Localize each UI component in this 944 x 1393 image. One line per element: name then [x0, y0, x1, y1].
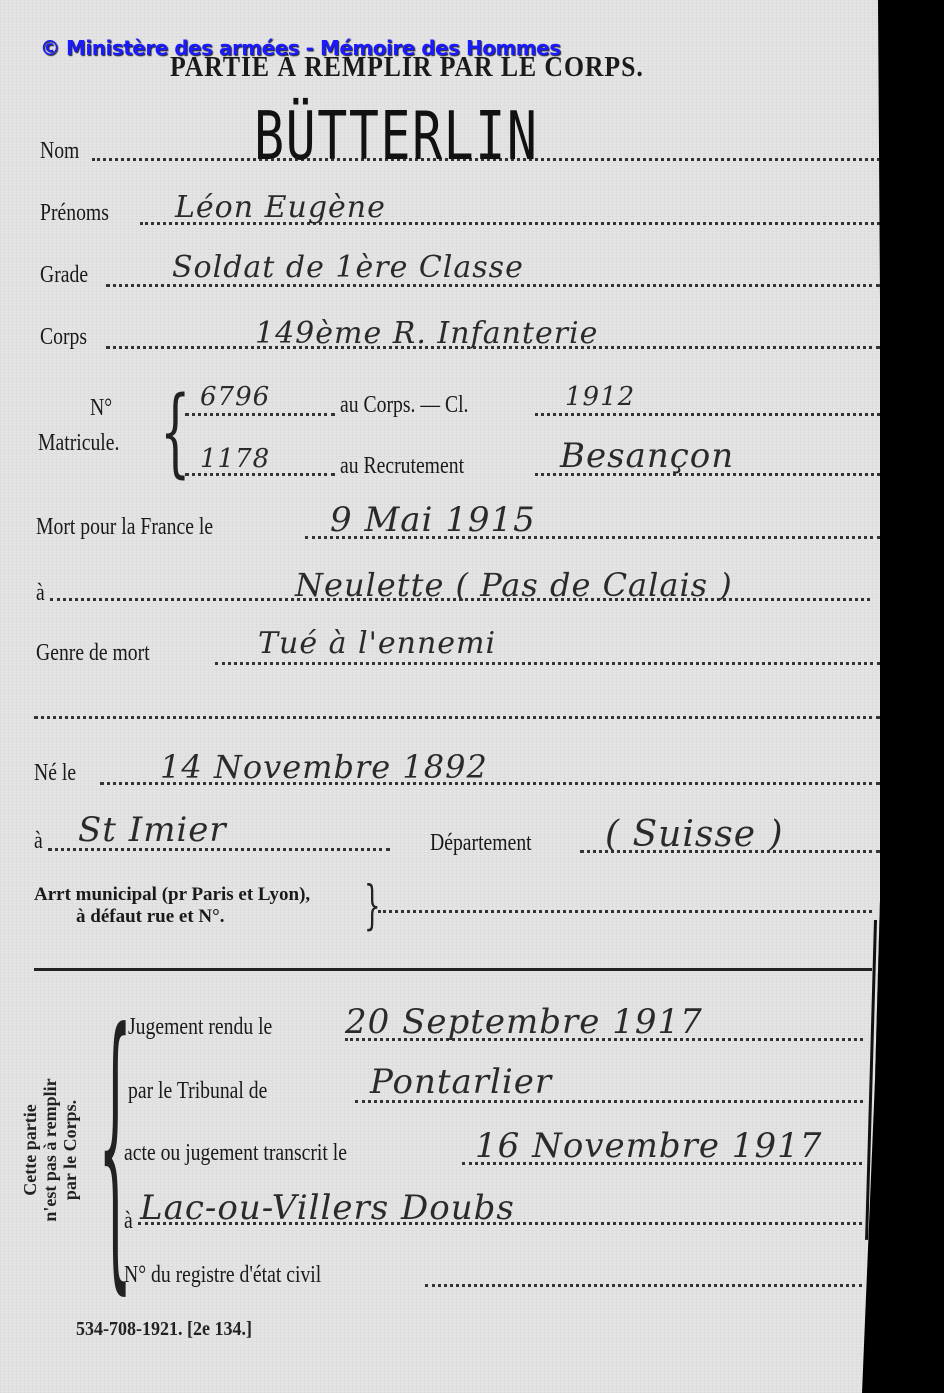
side-note: Cette partie n'est pas à remplir par le …	[20, 1050, 80, 1250]
print-reference-code: 534-708-1921. [2e 134.]	[76, 1318, 252, 1341]
arrondissement-label-line1: Arrt municipal (pr Paris et Lyon),	[34, 884, 310, 906]
mort-a-label: à	[36, 580, 45, 607]
side-note-line1: Cette partie	[20, 1050, 40, 1250]
lieu-label: à	[124, 1208, 133, 1235]
ne-le-value: 14 Novembre 1892	[160, 748, 488, 786]
ne-a-value: St Imier	[78, 810, 227, 850]
matricule-label: Matricule.	[38, 430, 119, 457]
grade-label: Grade	[40, 262, 88, 289]
grade-value: Soldat de 1ère Classe	[172, 250, 524, 285]
corps-value: 149ème R. Infanterie	[255, 316, 598, 351]
arrondissement-label-line2: à défaut rue et N°.	[76, 906, 224, 928]
departement-value: ( Suisse )	[605, 814, 784, 855]
nom-value: BÜTTERLIN	[254, 98, 539, 176]
ne-le-label: Né le	[34, 760, 76, 787]
corps-label: Corps	[40, 324, 87, 351]
transcrit-value: 16 Novembre 1917	[475, 1126, 822, 1166]
genre-mort-label: Genre de mort	[36, 640, 150, 667]
prenoms-label: Prénoms	[40, 200, 109, 227]
side-note-line2: n'est pas à remplir	[40, 1050, 60, 1250]
mort-a-value: Neulette ( Pas de Calais )	[295, 566, 733, 604]
registre-label: N° du registre d'état civil	[124, 1262, 321, 1289]
matricule-corps-label: au Corps. — Cl.	[340, 392, 468, 419]
transcrit-label: acte ou jugement transcrit le	[124, 1140, 347, 1167]
matricule-corps-number: 6796	[200, 382, 270, 412]
arrondissement-line	[378, 910, 872, 913]
copyright-watermark: © Ministère des armées - Mémoire des Hom…	[40, 36, 561, 60]
jugement-value: 20 Septembre 1917	[345, 1002, 703, 1042]
registre-line	[425, 1284, 862, 1287]
recrutement-label: au Recrutement	[340, 453, 464, 480]
jugement-label: Jugement rendu le	[128, 1014, 272, 1041]
matricule-brace: {	[160, 384, 191, 480]
side-note-line3: par le Corps.	[60, 1050, 80, 1250]
matricule-no-label: N°	[90, 395, 112, 422]
departement-label: Département	[430, 830, 532, 857]
lieu-value: Lac-ou-Villers Doubs	[140, 1188, 515, 1228]
genre-mort-value: Tué à l'ennemi	[258, 626, 496, 661]
matricule-corps-line	[185, 413, 335, 416]
death-record-card: © Ministère des armées - Mémoire des Hom…	[0, 0, 944, 1393]
nom-label: Nom	[40, 138, 79, 165]
mort-le-value: 9 Mai 1915	[330, 500, 536, 540]
blank-line	[34, 716, 880, 719]
matricule-classe-line	[535, 413, 880, 416]
matricule-recrutement-number: 1178	[200, 444, 270, 474]
arrondissement-brace: }	[364, 880, 381, 932]
genre-mort-line	[215, 662, 880, 665]
tribunal-value: Pontarlier	[370, 1062, 552, 1102]
matricule-classe: 1912	[565, 382, 635, 412]
section-divider	[34, 968, 872, 971]
ne-a-label: à	[34, 828, 43, 855]
tribunal-label: par le Tribunal de	[128, 1078, 267, 1105]
recrutement-place: Besançon	[560, 436, 734, 476]
prenoms-value: Léon Eugène	[175, 190, 386, 225]
mort-le-label: Mort pour la France le	[36, 514, 213, 541]
